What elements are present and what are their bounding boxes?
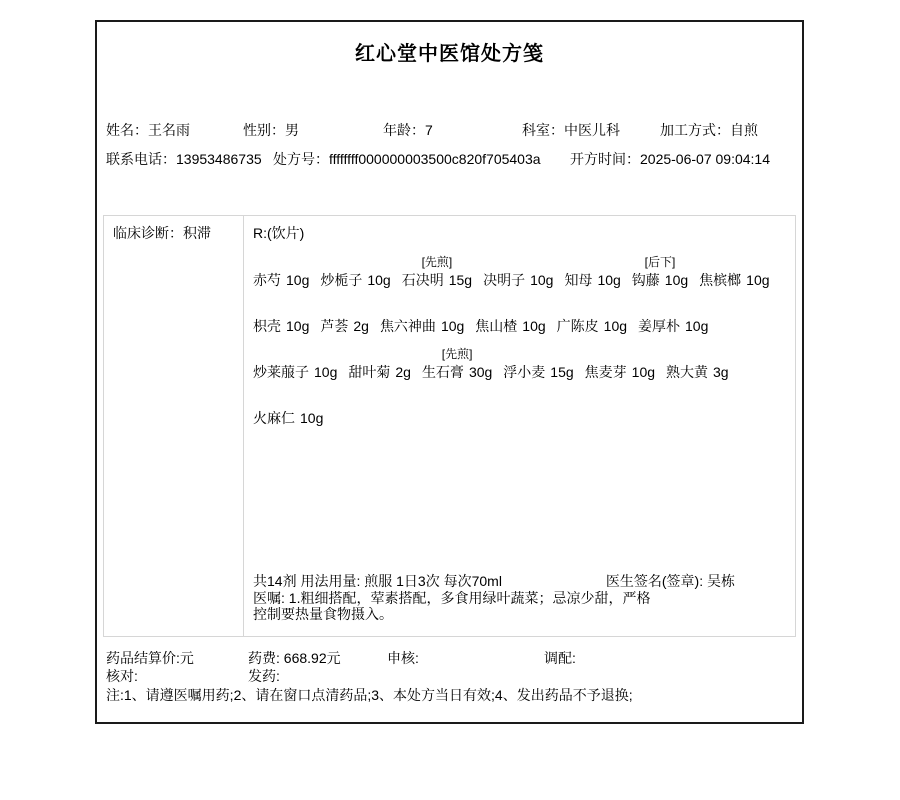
herb-item: 焦槟榔10g xyxy=(699,254,769,290)
herb-item: 姜厚朴10g xyxy=(638,300,708,336)
herb-line-1: 赤芍10g 炒栀子10g [先煎]石决明15g 决明子10g 知母10g [后下… xyxy=(253,254,787,290)
patient-info-row-1: 姓名：王名雨 性别：男 年龄：7 科室：中医儿科 加工方式：自煎 xyxy=(97,120,802,142)
herb-line-4: 火麻仁10g xyxy=(253,392,787,428)
herb-dose: 10g xyxy=(522,316,545,336)
patient-age-value: 7 xyxy=(425,122,433,138)
decoction-tag-xianjian: [先煎] xyxy=(442,346,473,362)
herb-item: 芦荟2g xyxy=(320,300,369,336)
dispense-prepare-label: 调配: xyxy=(544,650,576,666)
processing-method-label: 加工方式： xyxy=(660,122,730,138)
herb-item: 甜叶菊2g xyxy=(348,346,411,382)
prescribe-time-field: 开方时间：2025-06-07 09:04:14 xyxy=(570,149,770,169)
herb-dose: 10g xyxy=(746,270,769,290)
herb-item: 广陈皮10g xyxy=(557,300,627,336)
herb-name: 焦麦芽 xyxy=(585,362,627,382)
herb-dose: 10g xyxy=(665,270,688,290)
herb-name: 生石膏 xyxy=(422,362,464,382)
herb-dose: 10g xyxy=(530,270,553,290)
processing-method-field: 加工方式：自煎 xyxy=(660,120,758,140)
check-label: 核对: xyxy=(106,668,138,684)
issue-label: 发药: xyxy=(248,668,280,684)
footer-note: 注:1、请遵医嘱用药;2、请在窗口点清药品;3、本处方当日有效;4、发出药品不予… xyxy=(106,685,793,705)
herb-name: 枳壳 xyxy=(253,316,281,336)
herb-name: 石决明 xyxy=(402,270,444,290)
herb-name: 芦荟 xyxy=(320,316,348,336)
herb-dose: 10g xyxy=(300,408,323,428)
herb-name: 知母 xyxy=(564,270,592,290)
herb-name: 焦山楂 xyxy=(475,316,517,336)
clinical-diagnosis: 临床诊断：积滞 xyxy=(104,216,244,636)
review-label: 申核: xyxy=(387,650,419,666)
herb-item: 浮小麦15g xyxy=(503,346,573,382)
patient-name-field: 姓名：王名雨 xyxy=(106,120,190,140)
herb-name: 炒莱菔子 xyxy=(253,362,309,382)
medical-advice-line-2: 控制要热量食物摄入。 xyxy=(253,606,787,622)
prescription-number-label: 处方号： xyxy=(273,151,329,167)
herb-dose: 10g xyxy=(632,362,655,382)
check-field: 核对: xyxy=(106,666,138,686)
herb-dose: 10g xyxy=(685,316,708,336)
footer-row-1: 药品结算价:元 药费: 668.92元 申核: 调配: xyxy=(106,648,793,666)
herb-name: 钩藤 xyxy=(632,270,660,290)
patient-age-label: 年龄： xyxy=(383,122,425,138)
herb-dose: 10g xyxy=(441,316,464,336)
settlement-price-field: 药品结算价:元 xyxy=(106,648,194,668)
dispense-prepare-field: 调配: xyxy=(544,648,576,668)
doctor-signature: 医生签名(签章): 吴栋 xyxy=(606,573,735,590)
herb-dose: 30g xyxy=(469,362,492,382)
dispensing-footer: 药品结算价:元 药费: 668.92元 申核: 调配: 核对: 发药: 注:1、… xyxy=(106,648,793,705)
prescription-number-value: ffffffff000000003500c820f705403a xyxy=(329,151,541,167)
patient-age-field: 年龄：7 xyxy=(383,120,433,140)
herb-item: 火麻仁10g xyxy=(253,392,323,428)
herb-name: 姜厚朴 xyxy=(638,316,680,336)
herb-line-3: 炒莱菔子10g 甜叶菊2g [先煎]生石膏30g 浮小麦15g 焦麦芽10g 熟… xyxy=(253,346,787,382)
herb-dose: 10g xyxy=(286,316,309,336)
herb-name: 熟大黄 xyxy=(666,362,708,382)
herb-name: 赤芍 xyxy=(253,270,281,290)
prescribe-time-value: 2025-06-07 09:04:14 xyxy=(640,151,770,167)
phone-label: 联系电话： xyxy=(106,151,176,167)
herb-name: 火麻仁 xyxy=(253,408,295,428)
patient-name-label: 姓名： xyxy=(106,122,148,138)
prescription-box: 临床诊断：积滞 R:(饮片) 赤芍10g 炒栀子10g [先煎]石决明15g 决… xyxy=(103,215,796,637)
herb-dose: 2g xyxy=(353,316,369,336)
herb-item: 决明子10g xyxy=(483,254,553,290)
diagnosis-value: 积滞 xyxy=(183,225,211,241)
herb-dose: 15g xyxy=(449,270,472,290)
herb-dose: 10g xyxy=(286,270,309,290)
herb-dose: 15g xyxy=(550,362,573,382)
processing-method-value: 自煎 xyxy=(730,122,758,138)
herb-item: [先煎]生石膏30g xyxy=(422,346,492,382)
herb-name: 甜叶菊 xyxy=(348,362,390,382)
herb-item: 枳壳10g xyxy=(253,300,309,336)
medical-advice-line-1: 医嘱: 1.粗细搭配，荤素搭配，多食用绿叶蔬菜；忌凉少甜，严格 xyxy=(253,590,787,606)
herb-name: 决明子 xyxy=(483,270,525,290)
herb-item: [先煎]石决明15g xyxy=(402,254,472,290)
department-label: 科室： xyxy=(522,122,564,138)
footer-row-2: 核对: 发药: xyxy=(106,666,793,684)
medicine-fee-field: 药费: 668.92元 xyxy=(248,648,341,668)
prescribe-time-label: 开方时间： xyxy=(570,151,640,167)
herb-dose: 2g xyxy=(395,362,411,382)
herb-item: 知母10g xyxy=(564,254,620,290)
prescription-sheet: 红心堂中医馆处方笺 姓名：王名雨 性别：男 年龄：7 科室：中医儿科 加工方式：… xyxy=(95,20,804,724)
prescription-number-field: 处方号：ffffffff000000003500c820f705403a xyxy=(273,149,541,169)
herb-dose: 10g xyxy=(604,316,627,336)
herb-name: 焦六神曲 xyxy=(380,316,436,336)
patient-gender-label: 性别： xyxy=(243,122,285,138)
settlement-price-label: 药品结算价: xyxy=(106,650,180,666)
page-title: 红心堂中医馆处方笺 xyxy=(97,37,802,66)
department-field: 科室：中医儿科 xyxy=(522,120,620,140)
patient-gender-value: 男 xyxy=(285,122,299,138)
herb-item: 炒莱菔子10g xyxy=(253,346,337,382)
patient-info-row-2: 联系电话：13953486735 处方号：ffffffff00000000350… xyxy=(97,149,802,171)
patient-name-value: 王名雨 xyxy=(148,122,190,138)
herb-dose: 3g xyxy=(713,362,729,382)
rx-content: R:(饮片) 赤芍10g 炒栀子10g [先煎]石决明15g 决明子10g 知母… xyxy=(244,216,795,636)
herb-name: 广陈皮 xyxy=(557,316,599,336)
rx-header: R:(饮片) xyxy=(253,222,787,244)
decoction-tag-xianjian: [先煎] xyxy=(422,254,453,270)
diagnosis-label: 临床诊断： xyxy=(113,225,183,241)
phone-value: 13953486735 xyxy=(176,151,262,167)
herb-item: 焦麦芽10g xyxy=(585,346,655,382)
medicine-fee-value: 668.92元 xyxy=(284,650,341,666)
herb-name: 焦槟榔 xyxy=(699,270,741,290)
herb-item: 熟大黄3g xyxy=(666,346,729,382)
phone-field: 联系电话：13953486735 xyxy=(106,149,262,169)
rx-bottom-block: 共14剂 用法用量: 煎服 1日3次 每次70ml 医生签名(签章): 吴栋 医… xyxy=(253,573,787,622)
herb-item: 焦山楂10g xyxy=(475,300,545,336)
herb-name: 浮小麦 xyxy=(503,362,545,382)
department-value: 中医儿科 xyxy=(564,122,620,138)
issue-field: 发药: xyxy=(248,666,280,686)
herb-dose: 10g xyxy=(367,270,390,290)
settlement-price-value: 元 xyxy=(180,650,194,666)
usage-instructions: 共14剂 用法用量: 煎服 1日3次 每次70ml xyxy=(253,573,606,590)
herb-name: 炒栀子 xyxy=(320,270,362,290)
herb-line-2: 枳壳10g 芦荟2g 焦六神曲10g 焦山楂10g 广陈皮10g 姜厚朴10g xyxy=(253,300,787,336)
herb-item: 炒栀子10g xyxy=(320,254,390,290)
herb-dose: 10g xyxy=(597,270,620,290)
herb-item: [后下]钩藤10g xyxy=(632,254,688,290)
herb-item: 焦六神曲10g xyxy=(380,300,464,336)
review-field: 申核: xyxy=(387,648,419,668)
decoction-tag-houxia: [后下] xyxy=(645,254,676,270)
medicine-fee-label: 药费: xyxy=(248,650,284,666)
herb-dose: 10g xyxy=(314,362,337,382)
patient-gender-field: 性别：男 xyxy=(243,120,299,140)
herb-item: 赤芍10g xyxy=(253,254,309,290)
